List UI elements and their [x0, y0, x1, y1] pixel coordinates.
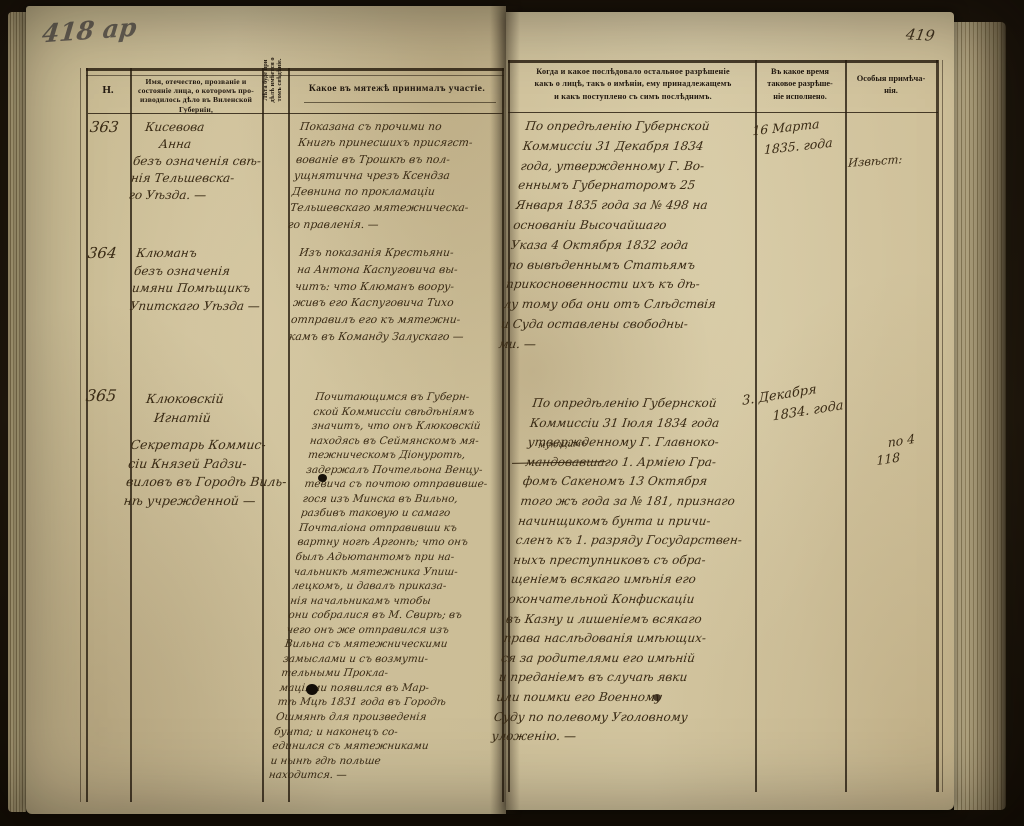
entry-resolution-cell: По опредѣленію ГубернскойКоммиссіи 31 Ію… — [490, 394, 760, 747]
ink-blot — [318, 474, 327, 482]
column-header-number: Н. — [86, 84, 130, 96]
text-line: Клюковскій — [145, 390, 298, 409]
entry-participation-cell: Показана съ прочими поКнигѣ принесшихъ п… — [287, 119, 479, 233]
text-line: прикосновенности ихъ къ дѣ- — [505, 275, 720, 295]
text-line: замыслами и съ возмути- — [282, 652, 466, 667]
text-line: Коммиссіи 31 Іюля 1834 года — [529, 414, 758, 434]
text-line: тевича съ почтою отправивше- — [304, 477, 488, 492]
text-line: Почталіона отправивши къ — [298, 521, 482, 536]
left-table-top-border-inner — [86, 75, 504, 76]
text-line: Губерніи, — [132, 105, 260, 114]
left-col4-underline — [304, 102, 496, 103]
entry-remark-cell: по 4118 — [876, 431, 916, 469]
text-line: вованіе въ Трошкѣ въ пол- — [295, 152, 475, 168]
text-line: читъ: что Клюманъ воору- — [294, 279, 471, 296]
text-line: гося изъ Минска въ Вильно, — [302, 492, 486, 507]
text-line: находится. — — [268, 768, 452, 783]
text-line: чальникѣ мятежника Упиш- — [293, 565, 477, 580]
text-line: Имя, отечество, прозваніе и — [132, 77, 260, 86]
text-line: таковое разрѣше- — [757, 78, 843, 90]
text-line: вартну ногѣ Аргонѣ; что онъ — [296, 535, 480, 550]
text-line: находясь въ Сеймянскомъ мя- — [309, 434, 493, 449]
interlinear-correction: мующимъ — [538, 439, 588, 451]
column-header-participation: Какое въ мятежѣ принималъ участіе. — [292, 83, 502, 94]
text-line: лу тому оба они отъ Слѣдствія — [502, 295, 717, 315]
text-line: ся за родителями его имѣній — [500, 649, 729, 669]
ink-blot — [653, 694, 661, 701]
text-line: Анна — [158, 136, 264, 153]
text-line: камъ въ Команду Залускаго — — [288, 329, 465, 346]
text-line: нія. — [847, 85, 935, 97]
text-line: Вильна съ мятежническими — [284, 637, 468, 652]
text-line: ніе исполнено. — [757, 91, 843, 103]
text-line: или поимки его Военному — [495, 688, 724, 708]
text-line: безъ означенія — [133, 263, 265, 281]
text-line: тежническомъ Діонуротѣ, — [307, 448, 491, 463]
left-table-outer-left-line — [80, 68, 81, 802]
text-line: и нынѣ гдѣ польше — [270, 754, 454, 769]
text-line: Упитскаго Уѣзда — — [129, 298, 261, 316]
text-line: Особыя примѣча- — [847, 73, 935, 85]
left-page-edge-stack — [8, 12, 26, 812]
text-line: тѣ Мцѣ 1831 года въ Городѣ — [277, 695, 461, 710]
text-line: Показана съ прочими по — [299, 119, 479, 135]
text-line: По опредѣленію Губернской — [531, 394, 760, 414]
right-folio-number: 419 — [905, 25, 936, 44]
text-line: единился съ мятежниками — [271, 739, 455, 754]
column-header-age-vertical: Лѣта буде при дѣлѣ имѣется о томъ свѣдѣн… — [262, 52, 290, 108]
text-line: основаніи Высочайшаго — [512, 216, 727, 236]
text-line: Ошмянѣ для произведенія — [275, 710, 459, 725]
text-line: живъ его Каспуговича Тихо — [292, 295, 469, 312]
text-line: на Антона Каспуговича вы- — [296, 262, 473, 279]
text-line: Почитающимся въ Губерн- — [314, 390, 498, 405]
text-line: и какъ поступлено съ симъ послѣднимъ. — [512, 91, 754, 103]
text-line: Указа 4 Октября 1832 года — [510, 236, 725, 256]
text-line: по вывѣденнымъ Статьямъ — [507, 256, 722, 276]
text-line: безъ означенія свѣ- — [132, 153, 262, 170]
right-table-divider-2 — [845, 60, 847, 792]
text-line: нія начальникамъ чтобы — [289, 594, 473, 609]
text-line: какъ о лицѣ, такъ о имѣніи, ему принадле… — [512, 78, 754, 90]
entry-name-cell: КлюковскійИгнатійСекретарь Коммис-сіи Кн… — [123, 390, 298, 510]
text-line: задержалъ Почтельона Венцу- — [305, 463, 489, 478]
text-line: ныхъ преступниковъ съ обра- — [512, 551, 741, 571]
entry-participation-cell: Изъ показанія Крестьяни-на Антона Каспуг… — [288, 245, 475, 346]
text-line: того жъ года за № 181, признаго — [519, 492, 748, 512]
text-line: уложенію. — — [490, 727, 719, 747]
text-line: По опредѣленію Губернской — [524, 117, 739, 137]
text-line: щеніемъ всякаго имѣнія его — [510, 570, 739, 590]
text-line: виловъ въ Городѣ Виль- — [125, 473, 288, 492]
text-line: значитъ, что онъ Клюковскій — [311, 419, 495, 434]
right-page-edge-stack — [954, 22, 1006, 810]
text-line: былъ Адьютантомъ при на- — [295, 550, 479, 565]
text-line: еннымъ Губернаторомъ 25 — [517, 176, 732, 196]
text-line: нѣ учрежденной — — [123, 492, 286, 511]
text-line: нія Тельшевска- — [130, 170, 260, 187]
text-line: сленъ къ 1. разряду Государствен- — [514, 531, 743, 551]
text-line: Суду по полевому Уголовному — [493, 708, 722, 728]
text-line: Когда и какое послѣдовало остальное разр… — [512, 66, 754, 78]
text-line: ской Коммиссіи свѣдѣніямъ — [313, 405, 497, 420]
column-header-executed: Въ какое времятаковое разрѣше-ніе исполн… — [757, 66, 843, 103]
text-line: имяни Помѣщикъ — [131, 280, 263, 298]
text-line: чего онъ же отправился изъ — [286, 623, 470, 638]
text-line: фомъ Сакеномъ 13 Октября — [522, 472, 751, 492]
text-line: начинщикомъ бунта и причи- — [517, 512, 746, 532]
entry-number: 365 — [85, 386, 118, 405]
text-line: Секретарь Коммис- — [129, 436, 292, 455]
text-line: Коммиссіи 31 Декабря 1834 — [522, 137, 737, 157]
column-header-resolution: Когда и какое послѣдовало остальное разр… — [512, 66, 754, 103]
text-line: разбивъ таковую и самаго — [300, 506, 484, 521]
ink-blot — [306, 684, 318, 695]
text-line: Изъ показанія Крестьяни- — [298, 245, 475, 262]
text-line: Книгѣ принесшихъ присягст- — [297, 135, 477, 151]
text-line: изводилось дѣло въ Виленской — [132, 95, 260, 104]
right-table-right-border — [936, 60, 939, 792]
text-line: отправилъ его къ мятежни- — [290, 312, 467, 329]
text-line: бунта; и наконецъ со- — [273, 725, 457, 740]
text-line: тельными Прокла- — [280, 666, 464, 681]
text-line: года, утвержденному Г. Во- — [519, 157, 734, 177]
text-line: ущнятична чрезъ Ксендза — [293, 168, 473, 184]
entry-executed-cell: 16 Марта1835. года — [752, 113, 833, 162]
text-line: права наслѣдованія имѣющих- — [502, 629, 731, 649]
text-line: ми. — — [497, 335, 712, 355]
entry-resolution-cell: По опредѣленію ГубернскойКоммиссіи 31 Де… — [497, 117, 738, 355]
column-header-name: Имя, отечество, прозваніе исостояніе лиц… — [132, 77, 260, 114]
text-line: и Суда оставлены свободны- — [500, 315, 715, 335]
text-line: Игнатій — [153, 409, 296, 428]
text-line: Клюманъ — [135, 245, 267, 263]
text-line: состояніе лица, о которомъ про- — [132, 86, 260, 95]
right-table-header-rule — [508, 112, 938, 113]
entry-number: 363 — [89, 118, 120, 136]
text-line: въ Казну и лишеніемъ всякаго — [505, 610, 734, 630]
text-line: Января 1835 года за № 498 на — [514, 196, 729, 216]
right-table-top-border — [508, 60, 938, 63]
text-line: сіи Князей Радзи- — [127, 455, 290, 474]
text-line: и преданіемъ въ случаѣ явки — [498, 668, 727, 688]
text-line: Въ какое время — [757, 66, 843, 78]
entry-name-cell: КисевоваАннабезъ означенія свѣ-нія Тельш… — [128, 119, 266, 204]
archival-register-photo: 418 ар 419 Н. Имя, отечество, прозваніе … — [0, 0, 1024, 826]
left-table-left-border — [86, 68, 88, 802]
entry-name-cell: Клюманъбезъ означеніяимяни ПомѣщикъУпитс… — [129, 245, 268, 315]
text-line: Кисевова — [144, 119, 266, 136]
entry-number: 364 — [87, 244, 118, 262]
left-table-top-border — [86, 68, 504, 71]
text-line: Тельшевскаго мятежническа- — [289, 200, 469, 216]
text-line: лецкомъ, и давалъ приказа- — [291, 579, 475, 594]
text-line: го Уѣзда. — — [128, 187, 258, 204]
text-line: окончательной Конфискаціи — [507, 590, 736, 610]
right-table-outer-right-line — [942, 60, 943, 792]
text-line: Девнина по прокламаціи — [291, 184, 471, 200]
column-header-remarks: Особыя примѣча-нія. — [847, 73, 935, 98]
text-line: го правленія. — — [287, 217, 467, 233]
text-line: они собралися въ М. Свирѣ; въ — [288, 608, 472, 623]
